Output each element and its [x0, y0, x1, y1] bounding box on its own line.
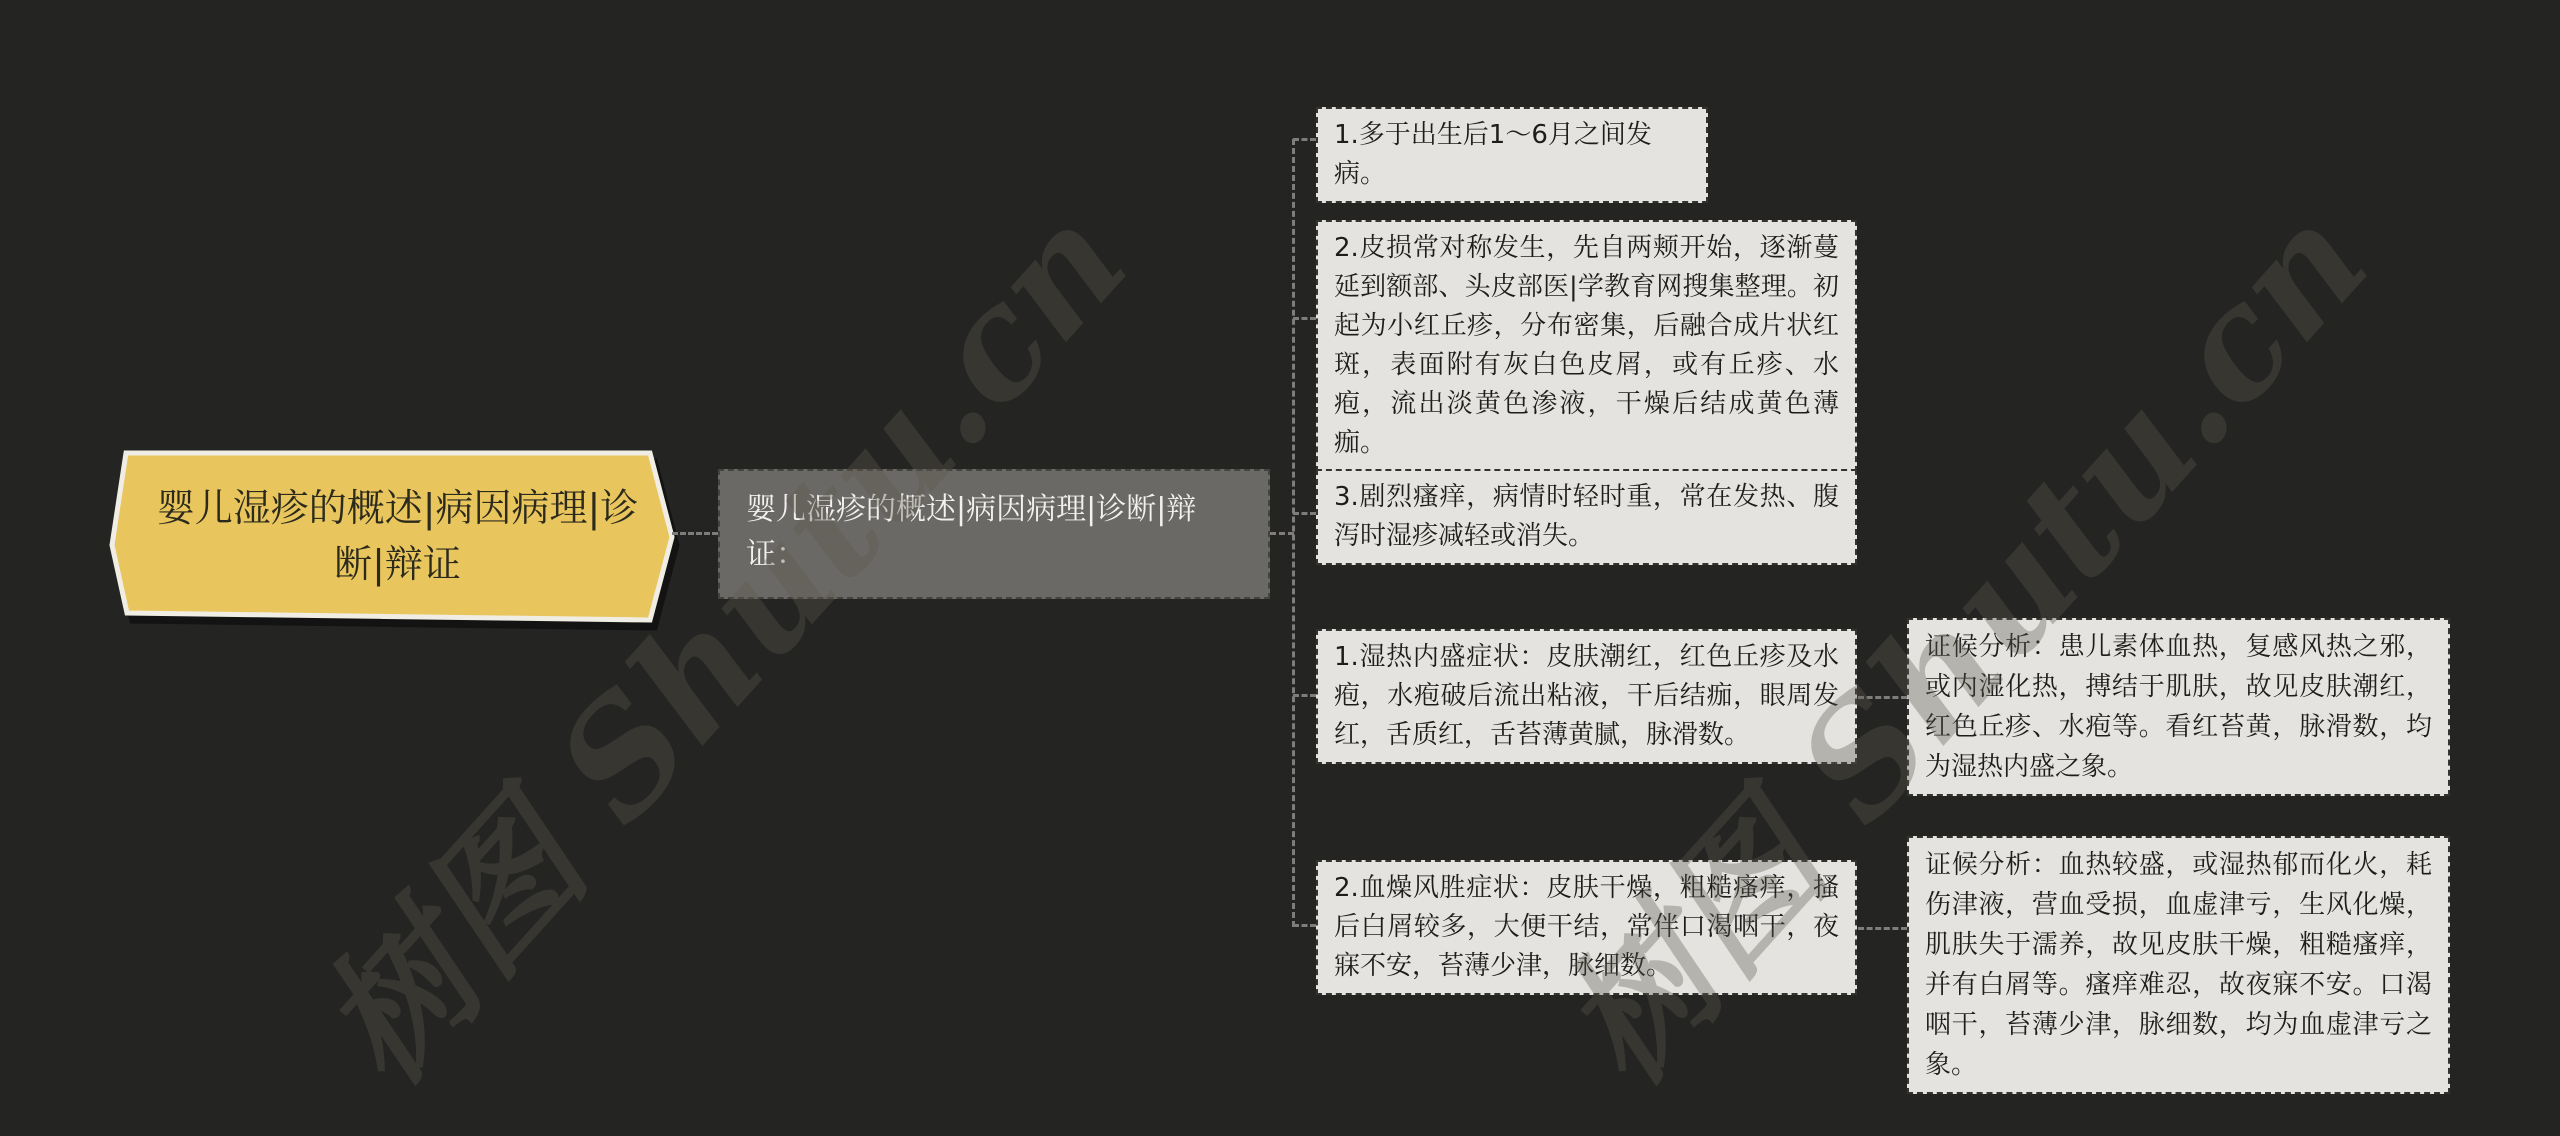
- branch-node-damp-heat-symptoms[interactable]: 1.湿热内盛症状：皮肤潮红，红色丘疹及水疱，水疱破后流出粘液，干后结痂，眼周发红…: [1316, 629, 1857, 764]
- connector-spine-to-branch-2: [1293, 317, 1316, 320]
- connector-branch5-to-analysis2: [1858, 927, 1907, 930]
- mindmap-canvas: 婴儿湿疹的概述|病因病理|诊断|辩证 婴儿湿疹的概述|病因病理|诊断|辩证： 1…: [0, 0, 2560, 1136]
- connector-spine: [1292, 139, 1295, 927]
- connector-spine-to-branch-1: [1293, 138, 1316, 141]
- topic-node[interactable]: 婴儿湿疹的概述|病因病理|诊断|辩证：: [718, 469, 1270, 599]
- root-node-label: 婴儿湿疹的概述|病因病理|诊断|辩证: [135, 461, 660, 611]
- analysis-node-blood-dryness[interactable]: 证候分析：血热较盛，或湿热郁而化火，耗伤津液，营血受损，血虚津亏，生风化燥，肌肤…: [1907, 836, 2450, 1094]
- connector-root-to-topic: [672, 532, 718, 535]
- connector-spine-to-branch-4: [1293, 694, 1316, 697]
- branch-node-blood-dryness-symptoms[interactable]: 2.血燥风胜症状：皮肤干燥，粗糙瘙痒，搔后白屑较多，大便干结，常伴口渴咽干，夜寐…: [1316, 860, 1857, 995]
- branch-node-onset-age[interactable]: 1.多于出生后1～6月之间发病。: [1316, 107, 1708, 203]
- connector-spine-to-branch-3: [1293, 512, 1316, 515]
- analysis-node-damp-heat[interactable]: 证候分析：患儿素体血热，复感风热之邪，或内湿化热，搏结于肌肤，故见皮肤潮红，红色…: [1907, 618, 2450, 796]
- root-node[interactable]: 婴儿湿疹的概述|病因病理|诊断|辩证: [110, 449, 685, 624]
- connector-spine-to-branch-5: [1293, 924, 1316, 927]
- watermark-left: 树图 Shutu.cn: [262, 233, 1092, 1121]
- branch-node-skin-lesions[interactable]: 2.皮损常对称发生，先自两颊开始，逐渐蔓延到额部、头皮部医|学教育网搜集整理。初…: [1316, 220, 1857, 472]
- connector-topic-to-spine: [1270, 532, 1294, 535]
- connector-branch4-to-analysis1: [1858, 696, 1907, 699]
- branch-node-itching[interactable]: 3.剧烈瘙痒，病情时轻时重，常在发热、腹泻时湿疹减轻或消失。: [1316, 469, 1857, 565]
